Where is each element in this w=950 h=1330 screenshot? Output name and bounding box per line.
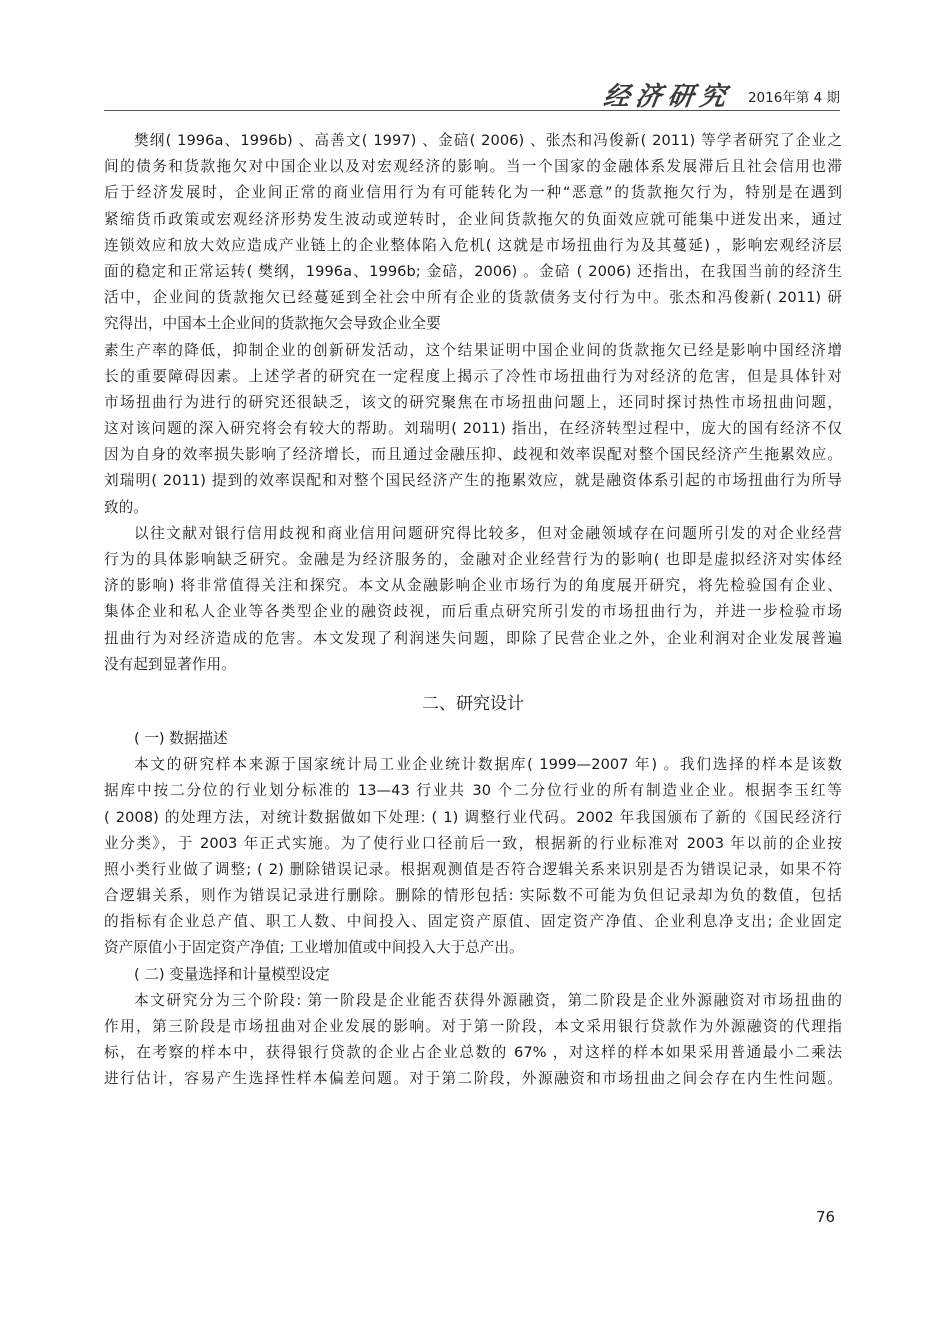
text-line: 的指标有企业总产值、职工人数、中间投入、固定资产原值、固定资产净值、企业利息净支… [104,909,842,935]
text-line: ( 2008) 的处理方法，对统计数据做如下处理: ( 1) 调整行业代码。20… [104,805,842,831]
text-line: 没有起到显著作用。 [104,652,842,678]
running-header: 经济研究 2016年第 4 期 [104,70,840,111]
text-line: 致的。 [104,495,842,521]
page-number: 76 [816,1208,835,1226]
subsection-heading: ( 一) 数据描述 [104,726,842,752]
text-line: 照小类行业做了调整; ( 2) 删除错误记录。根据观测值是否符合逻辑关系来识别是… [104,857,842,883]
text-line: 后于经济发展时，企业间正常的商业信用行为有可能转化为一种“恶意”的货款拖欠行为，… [104,180,842,206]
text-line: 扭曲行为对经济造成的危害。本文发现了利润迷失问题，即除了民营企业之外，企业利润对… [104,626,842,652]
text-line: 连锁效应和放大效应造成产业链上的企业整体陷入危机( 这就是市场扭曲行为及其蔓延)… [104,233,842,259]
subsection-heading: ( 二) 变量选择和计量模型设定 [104,962,842,988]
text-line: 进行估计，容易产生选择性样本偏差问题。对于第二阶段，外源融资和市场扭曲之间会存在… [104,1066,842,1092]
text-line: 紧缩货币政策或宏观经济形势发生波动或逆转时，企业间货款拖欠的负面效应就可能集中迸… [104,207,842,233]
text-line: 这对该问题的深入研究将会有较大的帮助。刘瑞明( 2011) 指出，在经济转型过程… [104,416,842,442]
text-line: 资产原值小于固定资产净值; 工业增加值或中间投入大于总产出。 [104,935,842,961]
text-line: 合逻辑关系，则作为错误记录进行删除。删除的情形包括: 实际数不可能为负但记录却为… [104,883,842,909]
section-title: 二、研究设计 [104,682,842,726]
text-line: 因为自身的效率损失影响了经济增长，而且通过金融压抑、歧视和效率误配对整个国民经济… [104,442,842,468]
text-line: 标，在考察的样本中，获得银行贷款的企业占企业总数的 67% ，对这样的样本如果采… [104,1040,842,1066]
paragraph: 樊纲( 1996a、1996b) 、高善文( 1997) 、金碚( 2006) … [104,128,842,521]
text-line: 素生产率的降低，抑制企业的创新研发活动，这个结果证明中国企业间的货款拖欠已经是影… [104,338,842,364]
text-line: 业分类》，于 2003 年正式实施。为了使行业口径前后一致，根据新的行业标准对 … [104,831,842,857]
issue-label: 2016年第 4 期 [748,86,840,106]
text-line: 据库中按二分位的行业划分标准的 13—43 行业共 30 个二分位行业的所有制造… [104,778,842,804]
text-line: 樊纲( 1996a、1996b) 、高善文( 1997) 、金碚( 2006) … [104,128,842,154]
text-line: 活中，企业间的货款拖欠已经蔓延到全社会中所有企业的货款债务支付行为中。张杰和冯俊… [104,285,842,311]
text-line: 作用，第三阶段是市场扭曲对企业发展的影响。对于第一阶段，本文采用银行贷款作为外源… [104,1014,842,1040]
text-line: 以往文献对银行信用歧视和商业信用问题研究得比较多，但对金融领域存在问题所引发的对… [104,521,842,547]
text-line: 究得出，中国本土企业间的货款拖欠会导致企业全要 [104,311,842,337]
paragraph: 本文研究分为三个阶段: 第一阶段是企业能否获得外源融资，第二阶段是企业外源融资对… [104,988,842,1093]
article-body: 樊纲( 1996a、1996b) 、高善文( 1997) 、金碚( 2006) … [104,128,842,1093]
text-line: 间的债务和货款拖欠对中国企业以及对宏观经济的影响。当一个国家的金融体系发展滞后且… [104,154,842,180]
paragraph: 以往文献对银行信用歧视和商业信用问题研究得比较多，但对金融领域存在问题所引发的对… [104,521,842,678]
text-line: 集体企业和私人企业等各类型企业的融资歧视，而后重点研究所引发的市场扭曲行为，并进… [104,599,842,625]
text-line: 面的稳定和正常运转( 樊纲，1996a、1996b; 金碚，2006) 。金碚 … [104,259,842,285]
journal-logo: 经济研究 [601,76,734,113]
text-line: 长的重要障碍因素。上述学者的研究在一定程度上揭示了冷性市场扭曲行为对经济的危害，… [104,364,842,390]
text-line: 行为的具体影响缺乏研究。金融是为经济服务的，金融对企业经营行为的影响( 也即是虚… [104,547,842,573]
text-line: 本文的研究样本来源于国家统计局工业企业统计数据库( 1999—2007 年) 。… [104,752,842,778]
text-line: 刘瑞明( 2011) 提到的效率误配和对整个国民经济产生的拖累效应，就是融资体系… [104,468,842,494]
text-line: 市场扭曲行为进行的研究还很缺乏，该文的研究聚焦在市场扭曲问题上，还同时探讨热性市… [104,390,842,416]
text-line: 济的影响) 将非常值得关注和探究。本文从金融影响企业市场行为的角度展开研究，将先… [104,573,842,599]
text-line: 本文研究分为三个阶段: 第一阶段是企业能否获得外源融资，第二阶段是企业外源融资对… [104,988,842,1014]
paragraph: 本文的研究样本来源于国家统计局工业企业统计数据库( 1999—2007 年) 。… [104,752,842,962]
